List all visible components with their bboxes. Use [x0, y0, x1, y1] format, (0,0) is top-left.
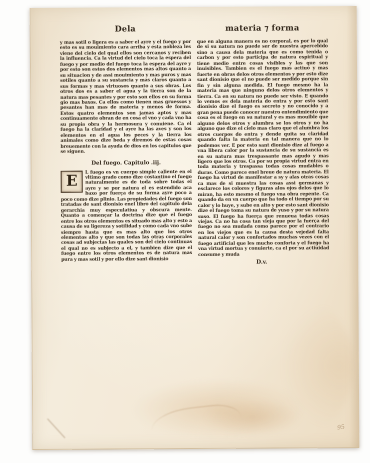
two-column-text: y mas sotil o ligera es a saber el ayre …	[60, 39, 329, 267]
running-head-left: Dela	[60, 23, 191, 34]
scanned-book-page: Dela materia ⁊ forma y mas sotil o liger…	[30, 6, 360, 450]
handwritten-corner-mark: 95	[337, 424, 346, 432]
pen-stroke-mark	[47, 418, 65, 438]
text-block: Dela materia ⁊ forma y mas sotil o liger…	[60, 22, 329, 267]
right-column: que en alguna manera es no corporal, es …	[197, 39, 329, 266]
ink-showthrough-flourish	[150, 402, 242, 439]
chapter-paragraph: EL fuego es vn cuerpo simple caliente en…	[61, 170, 193, 264]
left-column-paragraph: y mas sotil o ligera es a saber el ayre …	[60, 40, 192, 155]
page-edge-shading	[347, 6, 360, 447]
chapter-heading: Del fuego. Capitulo .iij.	[61, 160, 192, 167]
right-column-paragraph: que en alguna manera es no corporal, es …	[197, 39, 329, 258]
right-margin-stain	[282, 306, 353, 426]
left-column: y mas sotil o ligera es a saber el ayre …	[60, 40, 192, 267]
running-head: Dela materia ⁊ forma	[60, 22, 328, 34]
quire-signature: D.v.	[198, 260, 329, 266]
woodcut-initial: E	[61, 171, 83, 193]
running-head-right: materia ⁊ forma	[197, 22, 328, 33]
